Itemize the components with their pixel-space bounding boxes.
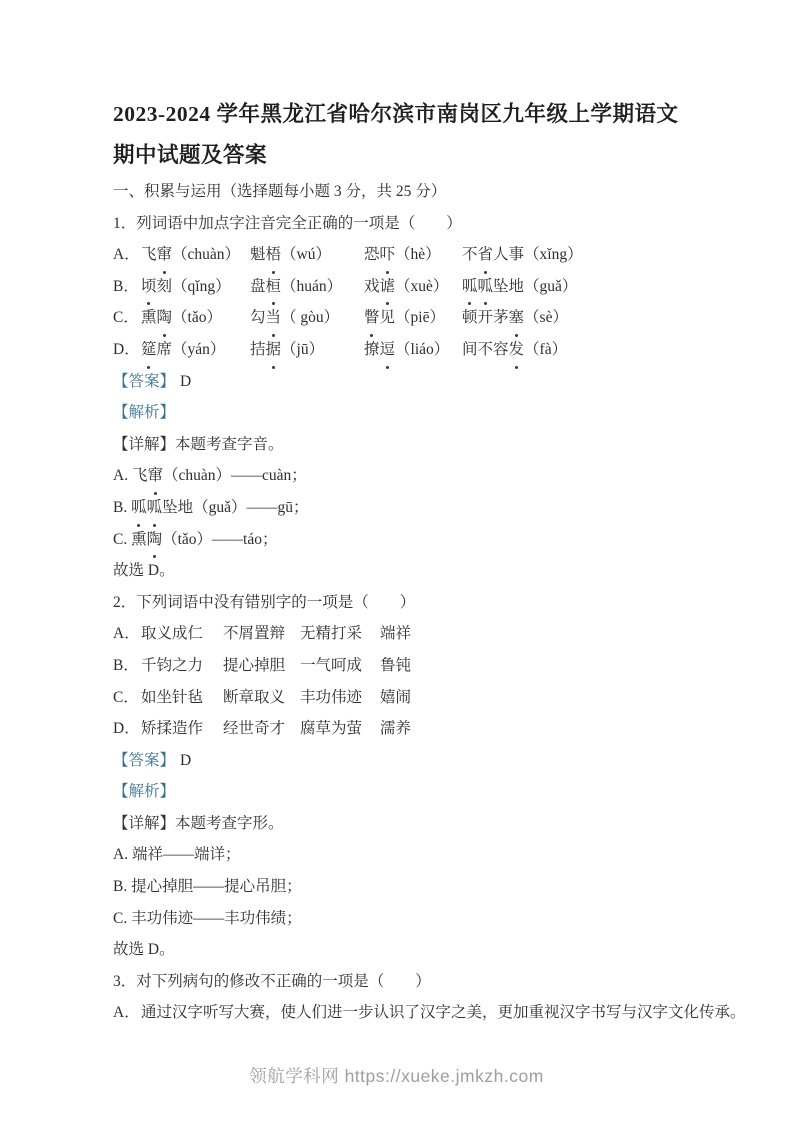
option-word: 嬉闹 — [380, 682, 411, 714]
question-2-answer: 【答案】D — [113, 745, 763, 777]
option-word: 瞥见（piē） — [364, 302, 462, 334]
question-2-option-a: A． 取义成仁 不屑置辩 无精打采 端祥 — [113, 618, 763, 650]
page-title: 2023-2024 学年黑龙江省哈尔滨市南岗区九年级上学期语文 期中试题及答案 — [113, 94, 763, 176]
option-word: 盘桓（huán） — [250, 271, 364, 303]
answer-label: 【答案】 — [113, 373, 175, 390]
question-2-detail-line: B. 提心掉胆——提心吊胆； — [113, 871, 763, 903]
option-label: D． — [113, 713, 141, 745]
question-2-option-d: D． 矫揉造作 经世奇才 腐草为萤 濡养 — [113, 713, 763, 745]
option-word: 腐草为萤 — [300, 713, 380, 745]
section-heading: 一、积累与运用（选择题每小题 3 分，共 25 分） — [113, 176, 763, 208]
option-word: 无精打采 — [300, 618, 380, 650]
document-content: 2023-2024 学年黑龙江省哈尔滨市南岗区九年级上学期语文 期中试题及答案 … — [113, 94, 763, 1029]
option-word: 戏谑（xuè） — [364, 271, 462, 303]
question-2-option-c: C． 如坐针毡 断章取义 丰功伟迹 嬉闹 — [113, 682, 763, 714]
question-1-analysis: 【解析】 — [113, 397, 763, 429]
question-1-option-c: C． 熏陶（tǎo） 勾当（ gòu） 瞥见（piē） 顿开茅塞（sè） — [113, 302, 763, 334]
option-word: 拮据（jū） — [250, 334, 364, 366]
option-word: 经世奇才 — [223, 713, 300, 745]
option-sentence: 通过汉字听写大赛，使人们进一步认识了汉字之美，更加重视汉字书写与汉字文化传承。 — [141, 997, 746, 1029]
footer-watermark: 领航学科网 https://xueke.jmkzh.com — [0, 1063, 793, 1088]
option-word: 飞窜（chuàn） — [141, 239, 250, 271]
question-1-detail-heading: 【详解】本题考查字音。 — [113, 429, 763, 461]
option-word: 不省人事（xǐng） — [462, 239, 583, 271]
option-label: A． — [113, 618, 141, 650]
answer-label: 【答案】 — [113, 752, 175, 769]
option-word: 勾当（ gòu） — [250, 302, 364, 334]
option-word: 端祥 — [380, 618, 411, 650]
analysis-label: 【解析】 — [113, 783, 175, 800]
option-word: 鲁钝 — [380, 650, 411, 682]
question-2-detail-line: C. 丰功伟迹——丰功伟绩； — [113, 903, 763, 935]
option-word: 顷刻（qǐng） — [141, 271, 250, 303]
option-word: 断章取义 — [223, 682, 300, 714]
question-2-analysis: 【解析】 — [113, 776, 763, 808]
option-word: 魁梧（wú） — [250, 239, 364, 271]
question-2-detail-heading: 【详解】本题考查字形。 — [113, 808, 763, 840]
option-word: 如坐针毡 — [141, 682, 223, 714]
question-1-detail-conclusion: 故选 D。 — [113, 555, 763, 587]
answer-value: D — [180, 373, 191, 390]
question-2-stem: 2．下列词语中没有错别字的一项是（ ） — [113, 587, 763, 619]
question-2-option-b: B． 千钧之力 提心掉胆 一气呵成 鲁钝 — [113, 650, 763, 682]
option-word: 熏陶（tǎo） — [141, 302, 250, 334]
option-label: C． — [113, 302, 141, 334]
option-label: A． — [113, 997, 141, 1029]
question-3-stem: 3．对下列病句的修改不正确的一项是（ ） — [113, 966, 763, 998]
question-2-detail-line: A. 端祥——端详； — [113, 839, 763, 871]
option-label: B． — [113, 271, 141, 303]
title-line-1: 2023-2024 学年黑龙江省哈尔滨市南岗区九年级上学期语文 — [113, 94, 763, 135]
option-word: 丰功伟迹 — [300, 682, 380, 714]
option-word: 取义成仁 — [141, 618, 223, 650]
question-1-detail-line: C. 熏陶（tǎo）——táo； — [113, 524, 763, 556]
question-3-option-a: A． 通过汉字听写大赛，使人们进一步认识了汉字之美，更加重视汉字书写与汉字文化传… — [113, 997, 763, 1029]
option-word: 提心掉胆 — [223, 650, 300, 682]
option-word: 一气呵成 — [300, 650, 380, 682]
option-word: 间不容发（fà） — [462, 334, 567, 366]
option-word: 濡养 — [380, 713, 411, 745]
question-1-detail-line: A. 飞窜（chuàn）——cuàn； — [113, 460, 763, 492]
option-word: 千钧之力 — [141, 650, 223, 682]
analysis-label: 【解析】 — [113, 404, 175, 421]
option-word: 呱呱坠地（guǎ） — [462, 271, 577, 303]
question-1-stem: 1．列词语中加点字注音完全正确的一项是（ ） — [113, 208, 763, 240]
option-word: 不屑置辩 — [223, 618, 300, 650]
exam-document-page: 2023-2024 学年黑龙江省哈尔滨市南岗区九年级上学期语文 期中试题及答案 … — [0, 0, 793, 1122]
question-2-detail-conclusion: 故选 D。 — [113, 934, 763, 966]
option-word: 恐吓（hè） — [364, 239, 462, 271]
option-label: A． — [113, 239, 141, 271]
option-label: C． — [113, 682, 141, 714]
answer-value: D — [180, 752, 191, 769]
question-1-detail-line: B. 呱呱坠地（guǎ）——gū； — [113, 492, 763, 524]
option-word: 矫揉造作 — [141, 713, 223, 745]
title-line-2: 期中试题及答案 — [113, 135, 763, 176]
question-1-option-a: A． 飞窜（chuàn） 魁梧（wú） 恐吓（hè） 不省人事（xǐng） — [113, 239, 763, 271]
option-label: B． — [113, 650, 141, 682]
option-word: 顿开茅塞（sè） — [462, 302, 568, 334]
question-1-answer: 【答案】D — [113, 366, 763, 398]
option-word: 筵席（yán） — [141, 334, 250, 366]
option-label: D． — [113, 334, 141, 366]
question-1-option-b: B． 顷刻（qǐng） 盘桓（huán） 戏谑（xuè） 呱呱坠地（guǎ） — [113, 271, 763, 303]
option-word: 撩逗（liáo） — [364, 334, 462, 366]
question-1-option-d: D． 筵席（yán） 拮据（jū） 撩逗（liáo） 间不容发（fà） — [113, 334, 763, 366]
